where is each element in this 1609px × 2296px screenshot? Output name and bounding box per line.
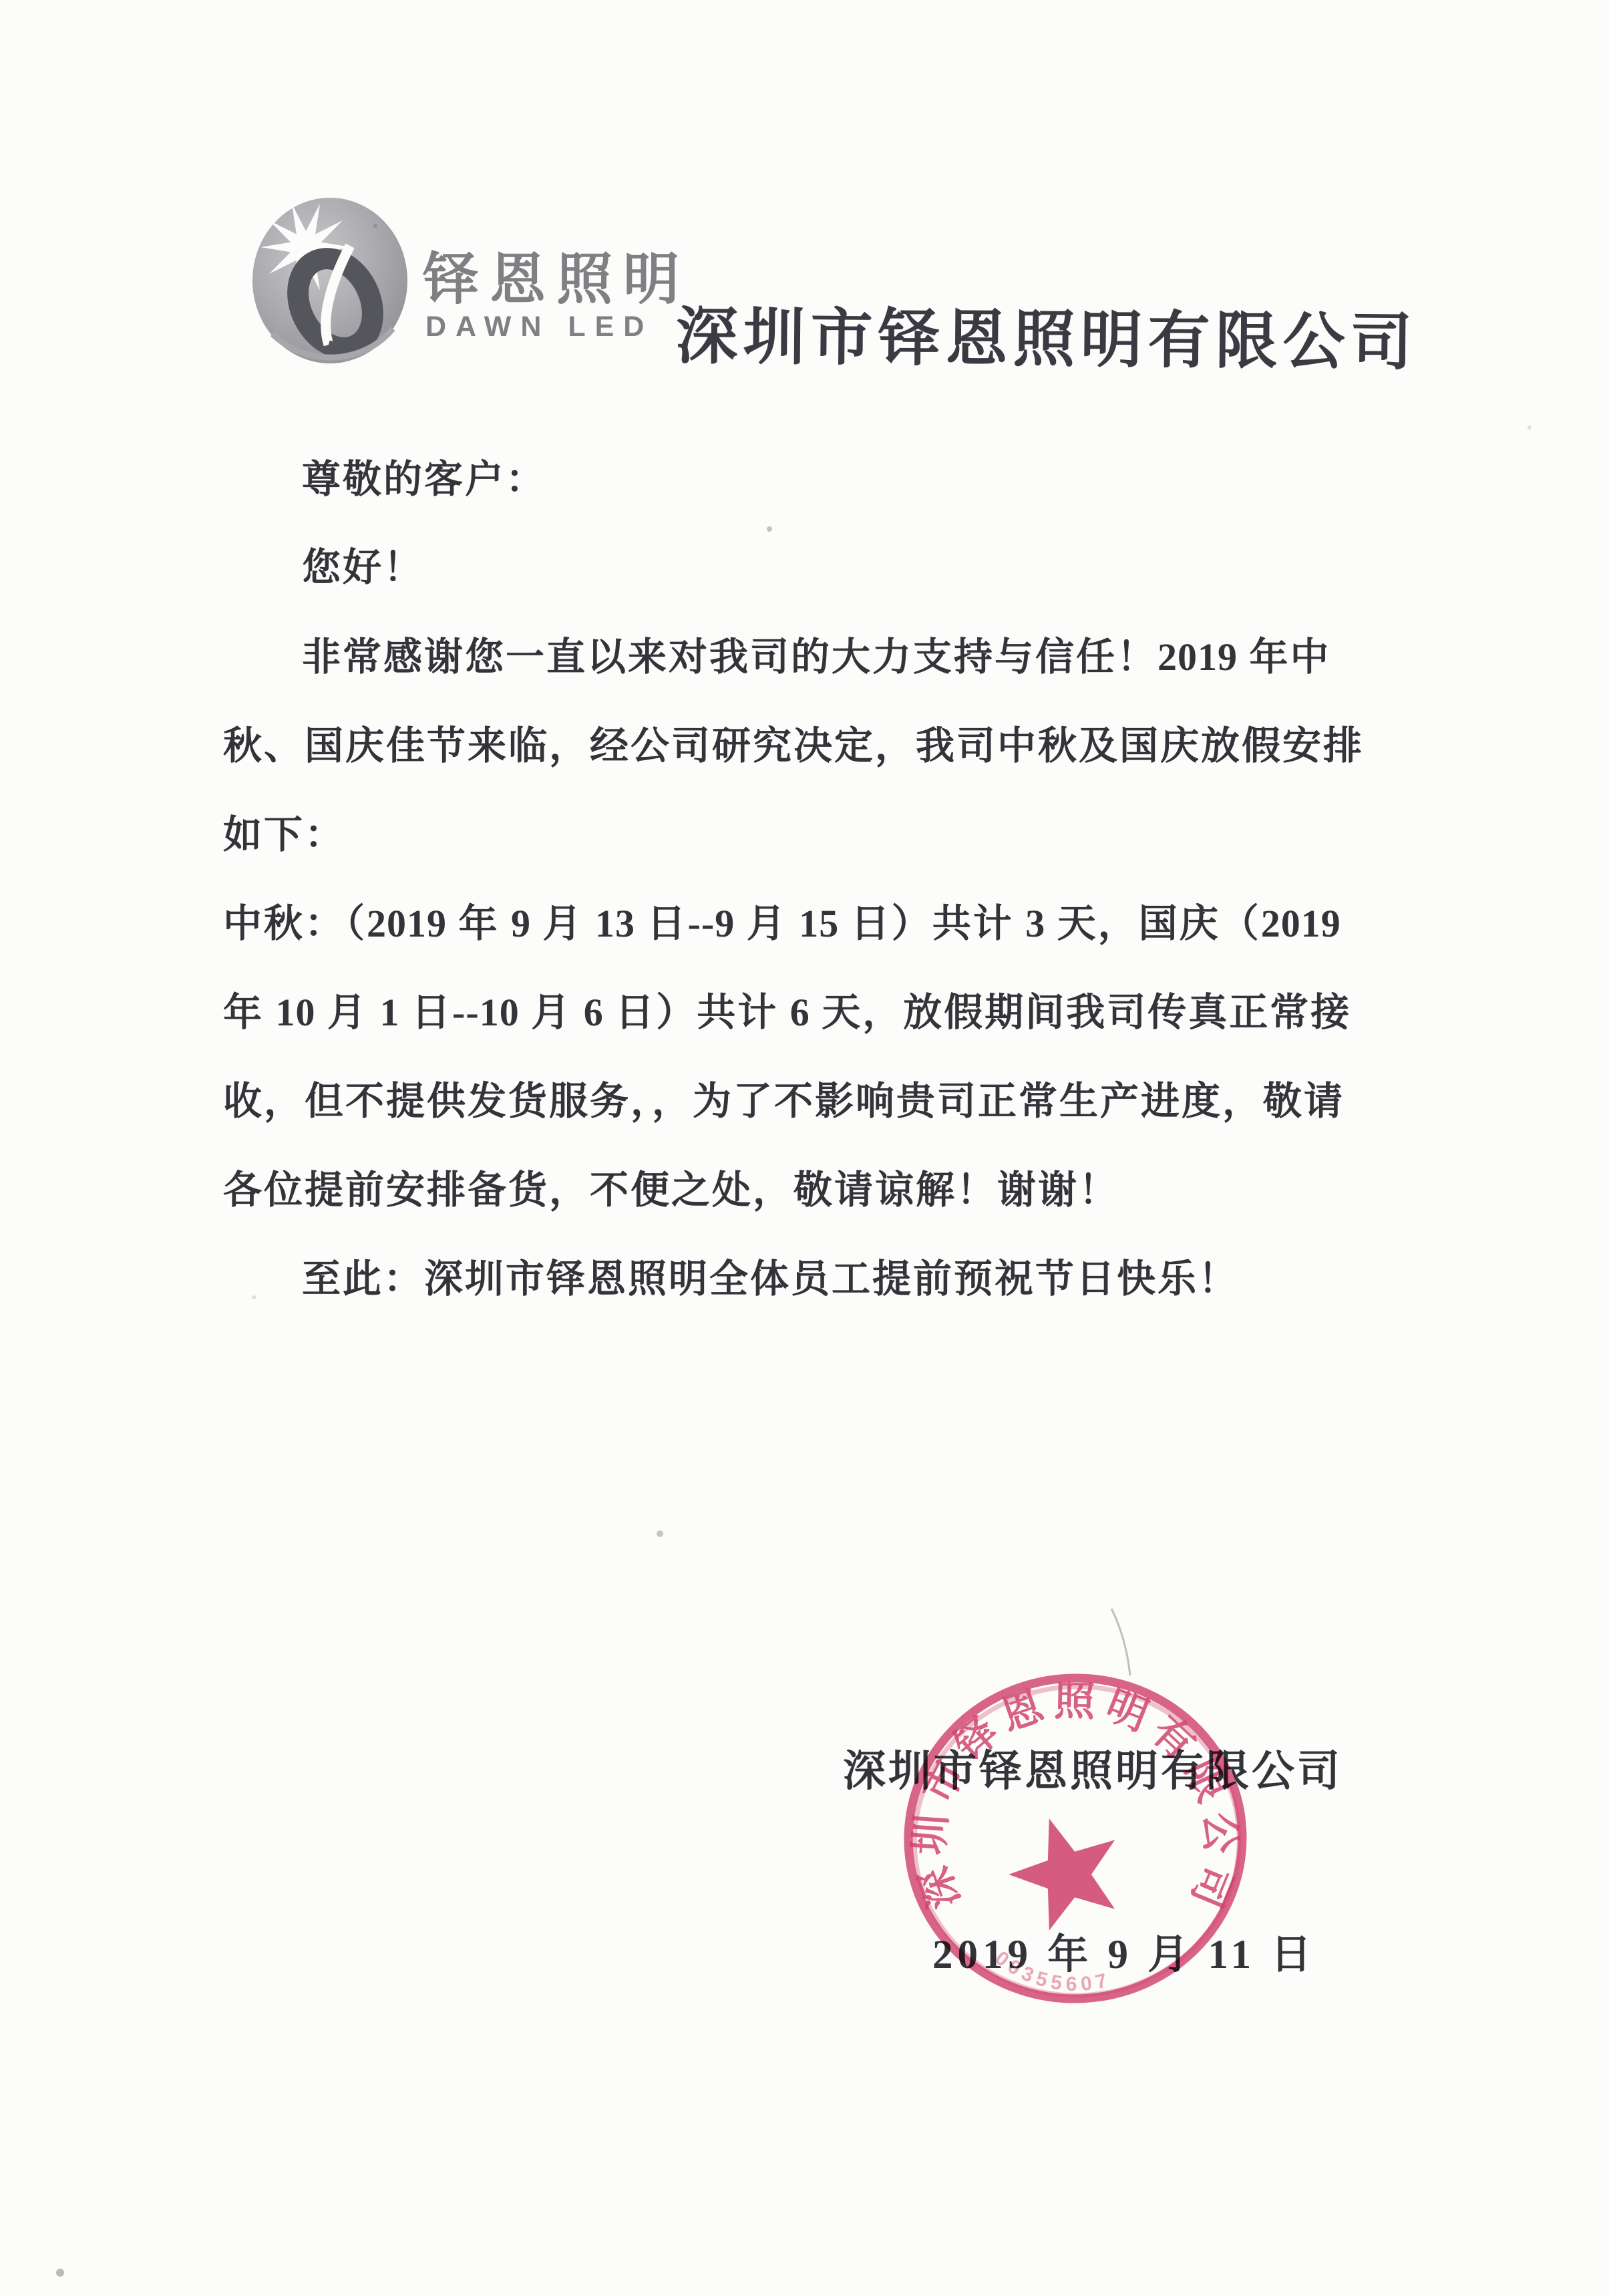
body-line-7: 各位提前安排备货，不便之处，敬请谅解！谢谢！ xyxy=(223,1168,1119,1213)
signature-company-name: 深圳市铎恩照明有限公司 xyxy=(843,1750,1343,1793)
scratch-mark xyxy=(1111,1609,1130,1675)
logo-cn-wordmark: 铎恩照明 xyxy=(423,251,690,307)
scanned-letter-page: 铎恩照明 DAWN LED 深圳市铎恩照明有限公司 尊敬的客户： 您好！ 非常感… xyxy=(0,0,1609,2296)
seal-star-icon xyxy=(996,1801,1135,1937)
signature-date: 2019 年 9 月 11 日 xyxy=(932,1935,1316,1975)
seal-arc-text: 深圳市铎恩照明有限公司 xyxy=(908,1679,1242,1921)
body-line-4: 中秋：（2019 年 9 月 13 日--9 月 15 日）共计 3 天，国庆（… xyxy=(223,901,1341,947)
body-line-8: 至此：深圳市铎恩照明全体员工提前预祝节日快乐！ xyxy=(302,1257,1239,1302)
body-line-6: 收，但不提供发货服务，，为了不影响贵司正常生产进度，敬请 xyxy=(223,1079,1345,1124)
greeting: 您好！ xyxy=(302,545,424,591)
salutation: 尊敬的客户： xyxy=(302,457,546,502)
body-line-3: 如下： xyxy=(223,812,345,858)
body-line-5: 年 10 月 1 日--10 月 6 日）共计 6 天，放假期间我司传真正常接 xyxy=(223,990,1351,1035)
logo-en-wordmark: DAWN LED xyxy=(425,313,653,341)
header-company-name: 深圳市铎恩照明有限公司 xyxy=(675,306,1418,375)
body-line-2: 秋、国庆佳节来临，经公司研究决定，我司中秋及国庆放假安排 xyxy=(223,723,1364,769)
body-line-1: 非常感谢您一直以来对我司的大力支持与信任！2019 年中 xyxy=(302,635,1331,680)
dawn-led-logo-emblem xyxy=(248,191,415,370)
